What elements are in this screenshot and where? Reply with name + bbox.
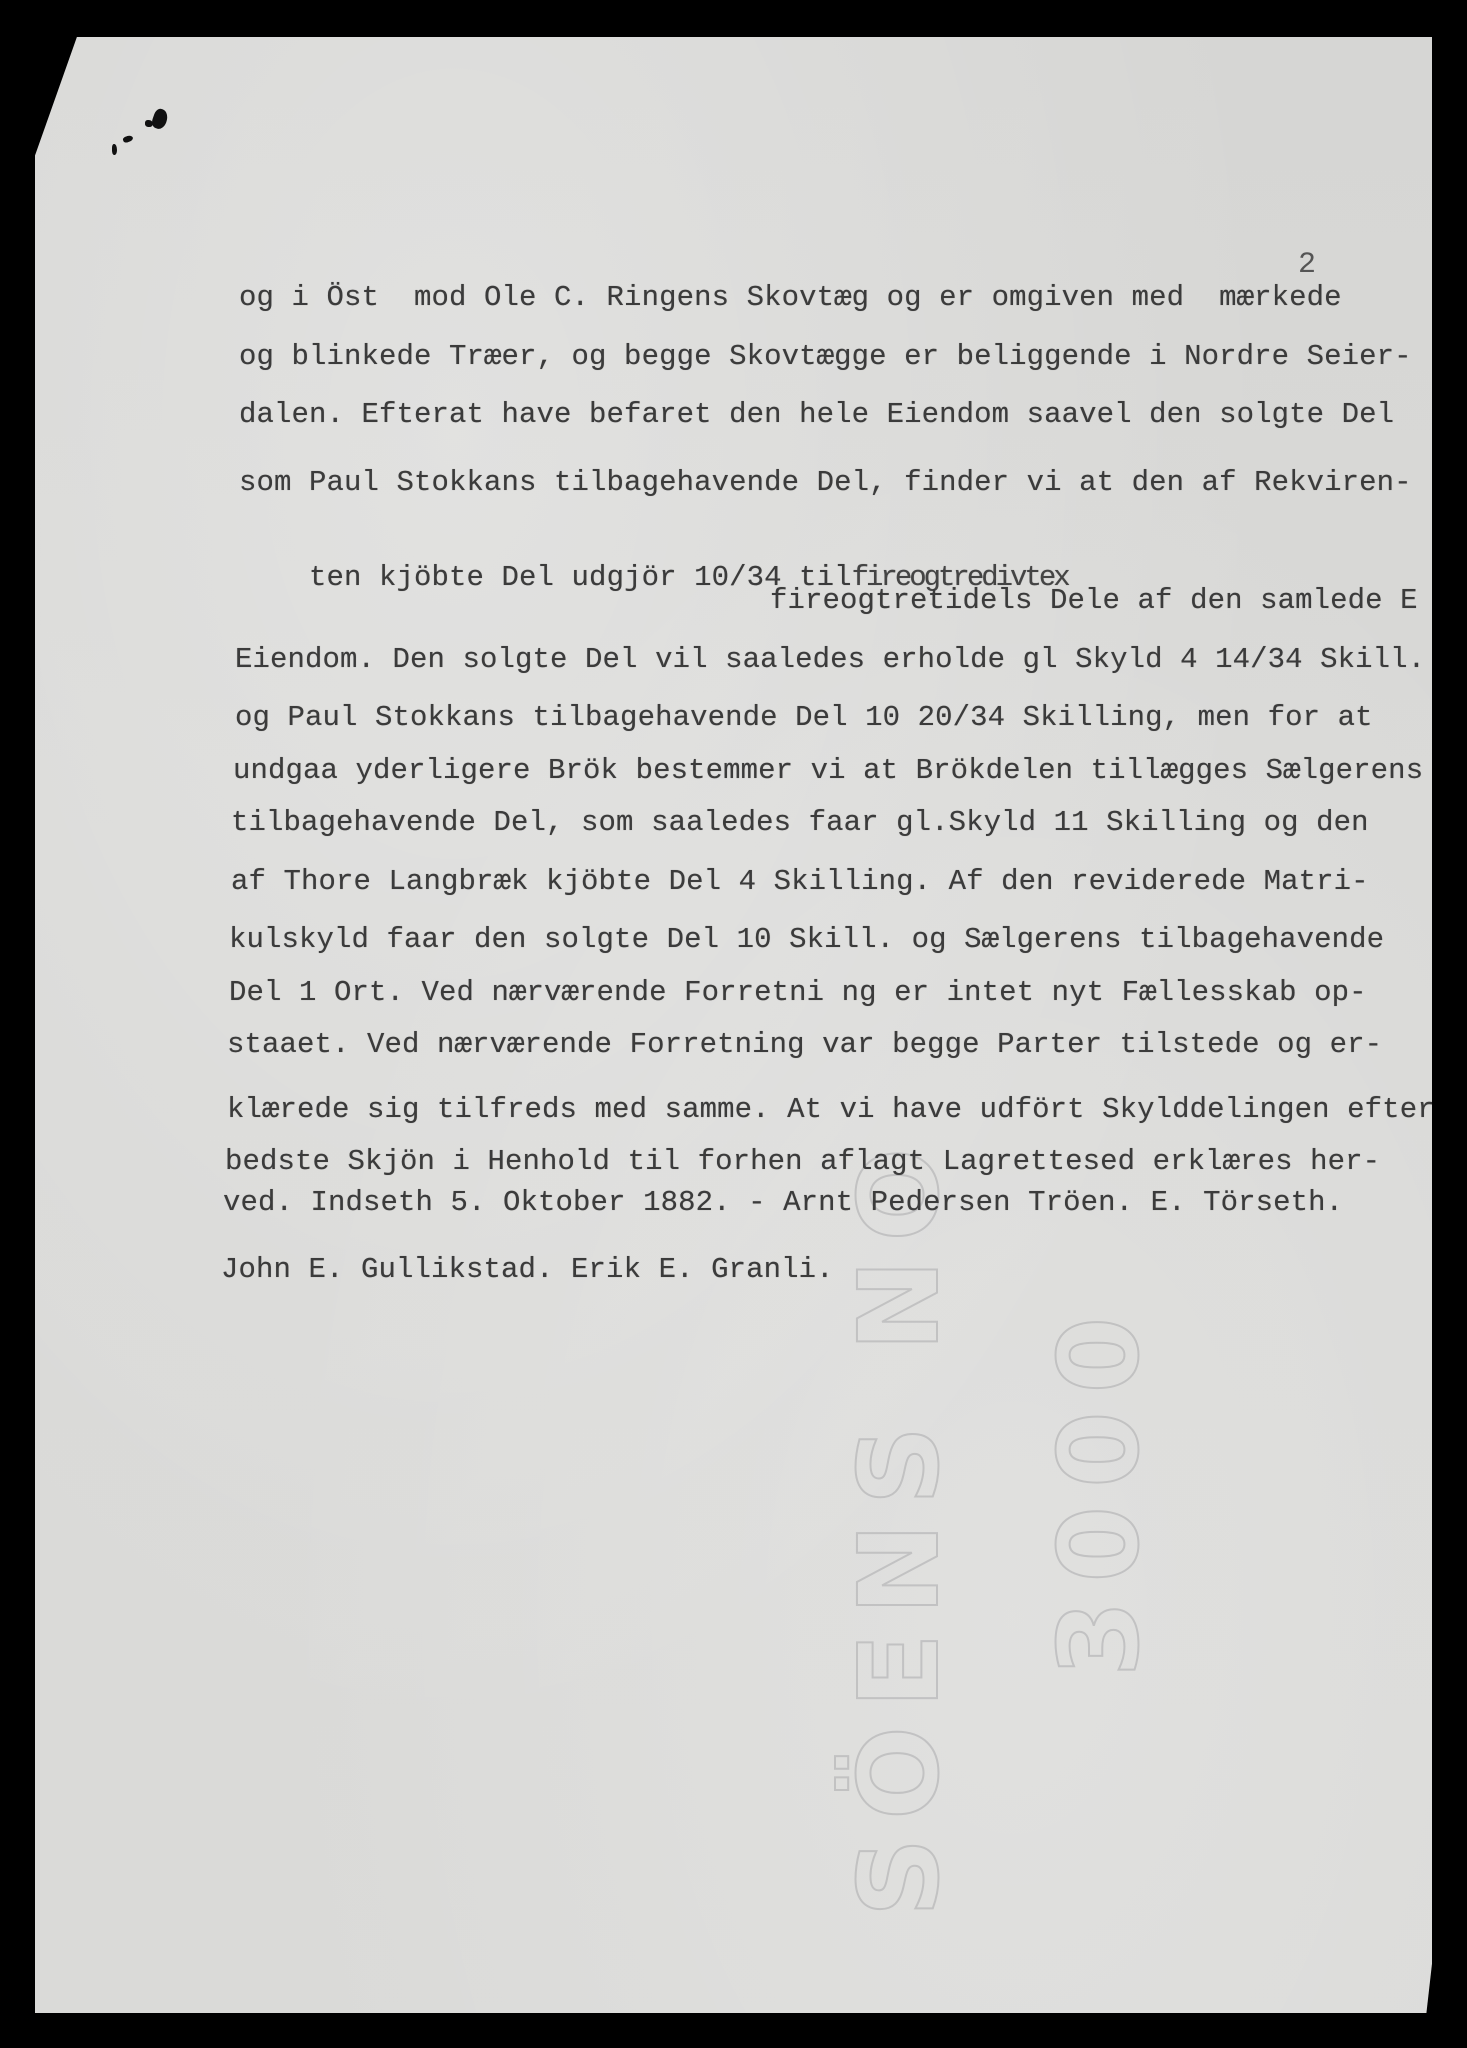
ink-speck [122, 134, 133, 143]
signature-line: John E. Gullikstad. Erik E. Granli. [221, 1252, 834, 1288]
ink-speck [145, 120, 153, 127]
text-line: af Thore Langbræk kjöbte Del 4 Skilling.… [231, 864, 1369, 900]
paper-watermark: SÖENS NO [835, 1130, 963, 1917]
document-page: SÖENS NO 3000 2 og i Öst mod Ole C. Ring… [35, 37, 1432, 2013]
text-line: undgaa yderligere Brök bestemmer vi at B… [233, 753, 1423, 789]
text-line: Del 1 Ort. Ved nærværende Forretni ng er… [229, 975, 1367, 1011]
text-line: og Paul Stokkans tilbagehavende Del 10 2… [235, 700, 1373, 736]
text-line: bedste Skjön i Henhold til forhen aflagt… [225, 1144, 1380, 1180]
text-line: tilbagehavende Del, som saaledes faar gl… [231, 805, 1369, 841]
text-line: staaet. Ved nærværende Forretning var be… [227, 1027, 1382, 1063]
text-line: og blinkede Træer, og begge Skovtægge er… [239, 339, 1412, 375]
text-line: Eiendom. Den solgte Del vil saaledes erh… [235, 642, 1425, 678]
ink-speck [150, 107, 170, 131]
text-line: og i Öst mod Ole C. Ringens Skovtæg og e… [239, 280, 1342, 316]
text-line-indented: fireogtretidels Dele af den samlede E [770, 583, 1418, 619]
text-line: som Paul Stokkans tilbagehavende Del, fi… [239, 465, 1412, 501]
page-number: 2 [1298, 248, 1316, 282]
text-line: ved. Indseth 5. Oktober 1882. - Arnt Ped… [223, 1185, 1343, 1221]
paper-watermark: 3000 [1035, 1299, 1163, 1677]
text-line: klærede sig tilfreds med samme. At vi ha… [227, 1092, 1435, 1128]
ink-speck [112, 144, 117, 155]
text-line: dalen. Efterat have befaret den hele Eie… [239, 397, 1394, 433]
text-line: kulskyld faar den solgte Del 10 Skill. o… [229, 922, 1384, 958]
